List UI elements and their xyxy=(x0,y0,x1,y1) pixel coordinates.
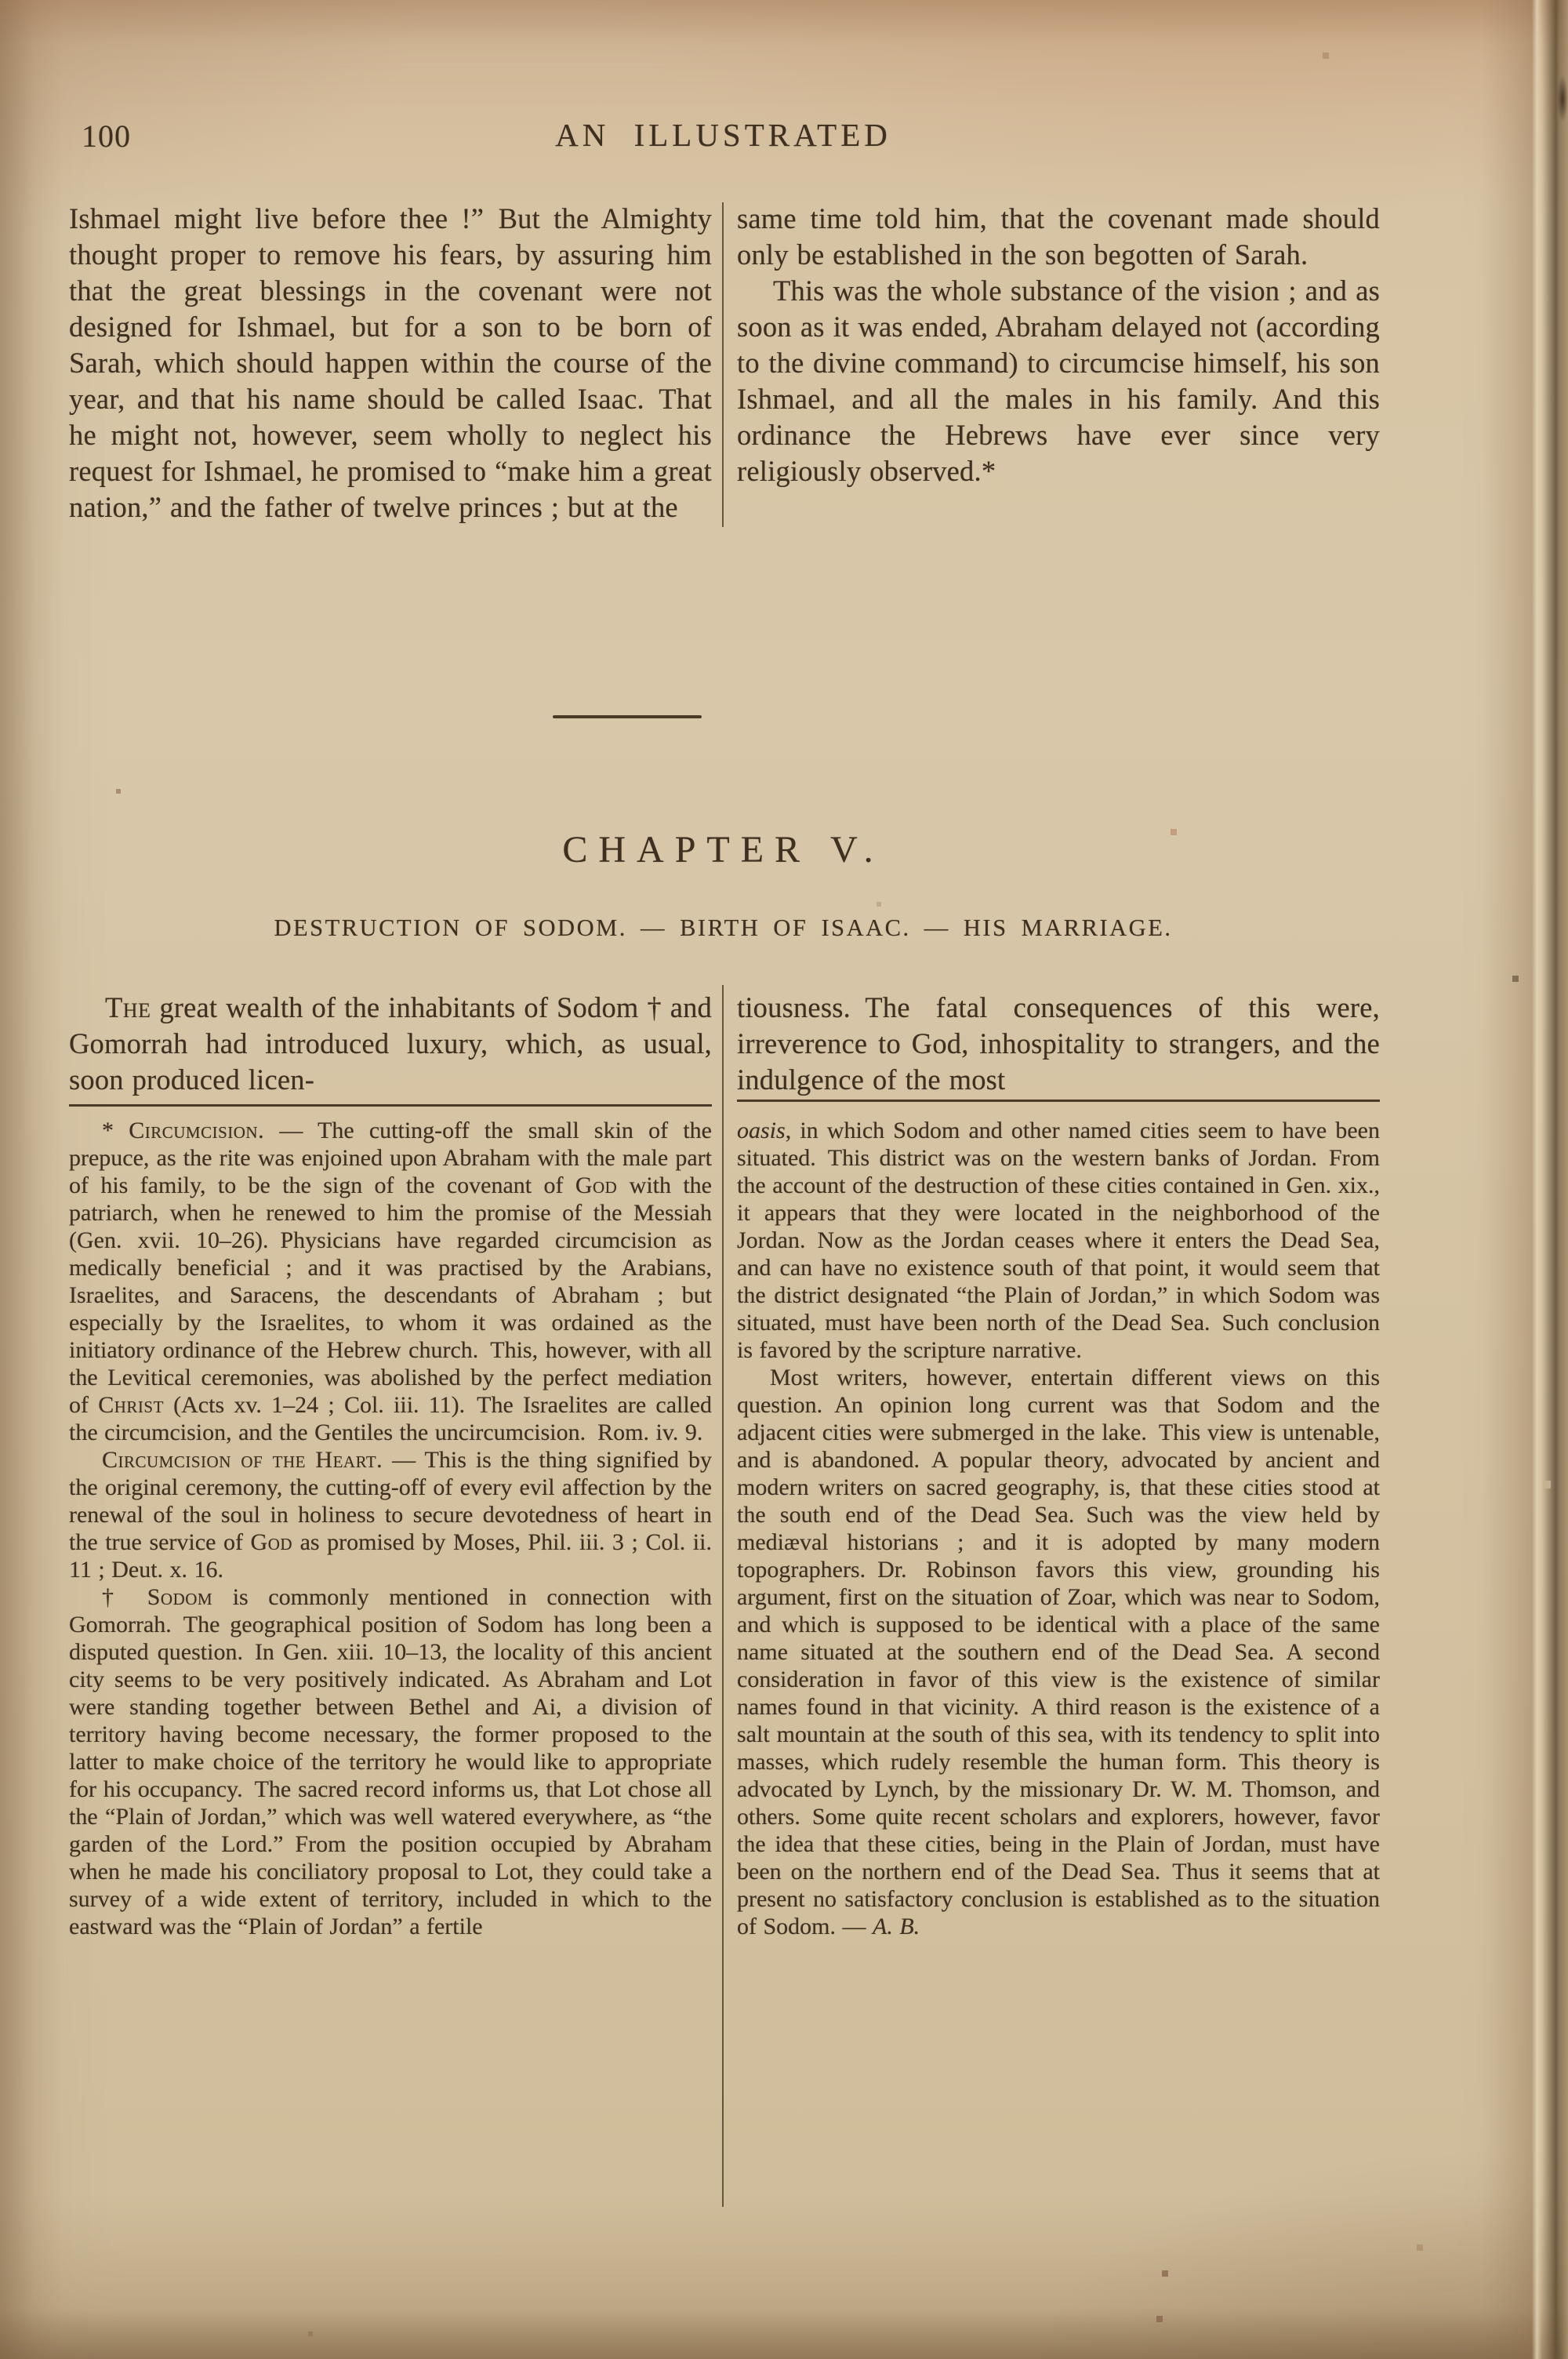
body-column-left: The great wealth of the inhabitants of S… xyxy=(69,990,712,1098)
footnote-circumcision-of-heart: Circumcision of the Heart. — This is the… xyxy=(69,1446,712,1583)
column-divider-rule xyxy=(722,202,724,527)
top-text-section: Ishmael might live before thee !” But th… xyxy=(69,201,1380,616)
footnote-column-right: oasis, in which Sodom and other named ci… xyxy=(737,1117,1380,2208)
scan-edge-shadow-bottom xyxy=(0,2309,1568,2359)
top-column-left: Ishmael might live before thee !” But th… xyxy=(69,201,712,525)
book-page-scan: 100 AN ILLUSTRATED Ishmael might live be… xyxy=(0,0,1568,2359)
scan-edge-shadow-left xyxy=(0,0,34,2359)
paragraph: tiousness. The fatal consequences of thi… xyxy=(737,990,1380,1098)
footnote-column-left: * Circumcision. — The cutting-off the sm… xyxy=(69,1117,712,2208)
footnote-sodom-continued: oasis, in which Sodom and other named ci… xyxy=(737,1117,1380,1364)
footnote-separator-rule xyxy=(69,1104,712,1107)
paragraph: The great wealth of the inhabitants of S… xyxy=(69,990,712,1098)
section-separator-rule xyxy=(553,715,702,718)
footnote-separator-rule xyxy=(737,1100,1380,1102)
paragraph: This was the whole substance of the visi… xyxy=(737,273,1380,489)
page-edge-notch xyxy=(1557,75,1568,122)
foxing-specks xyxy=(0,0,2,2)
page-edge-stack xyxy=(1482,0,1568,2359)
paragraph: Ishmael might live before thee !” But th… xyxy=(69,201,712,525)
paragraph: same time told him, that the covenant ma… xyxy=(737,201,1380,273)
scan-edge-shadow-top xyxy=(0,0,1568,44)
chapter-subtitle: DESTRUCTION OF SODOM. — BIRTH OF ISAAC. … xyxy=(69,914,1377,942)
chapter-title: CHAPTER V. xyxy=(69,828,1377,871)
footnote-most-writers: Most writers, however, entertain differe… xyxy=(737,1364,1380,1940)
chapter-body-section: The great wealth of the inhabitants of S… xyxy=(69,990,1380,1104)
footnote-circumcision: * Circumcision. — The cutting-off the sm… xyxy=(69,1117,712,1446)
body-column-right: tiousness. The fatal consequences of thi… xyxy=(737,990,1380,1098)
running-title: AN ILLUSTRATED xyxy=(69,116,1377,154)
top-column-right: same time told him, that the covenant ma… xyxy=(737,201,1380,489)
footnotes-section: * Circumcision. — The cutting-off the sm… xyxy=(69,1117,1380,2208)
footnote-sodom: † Sodom is commonly mentioned in connect… xyxy=(69,1583,712,1940)
